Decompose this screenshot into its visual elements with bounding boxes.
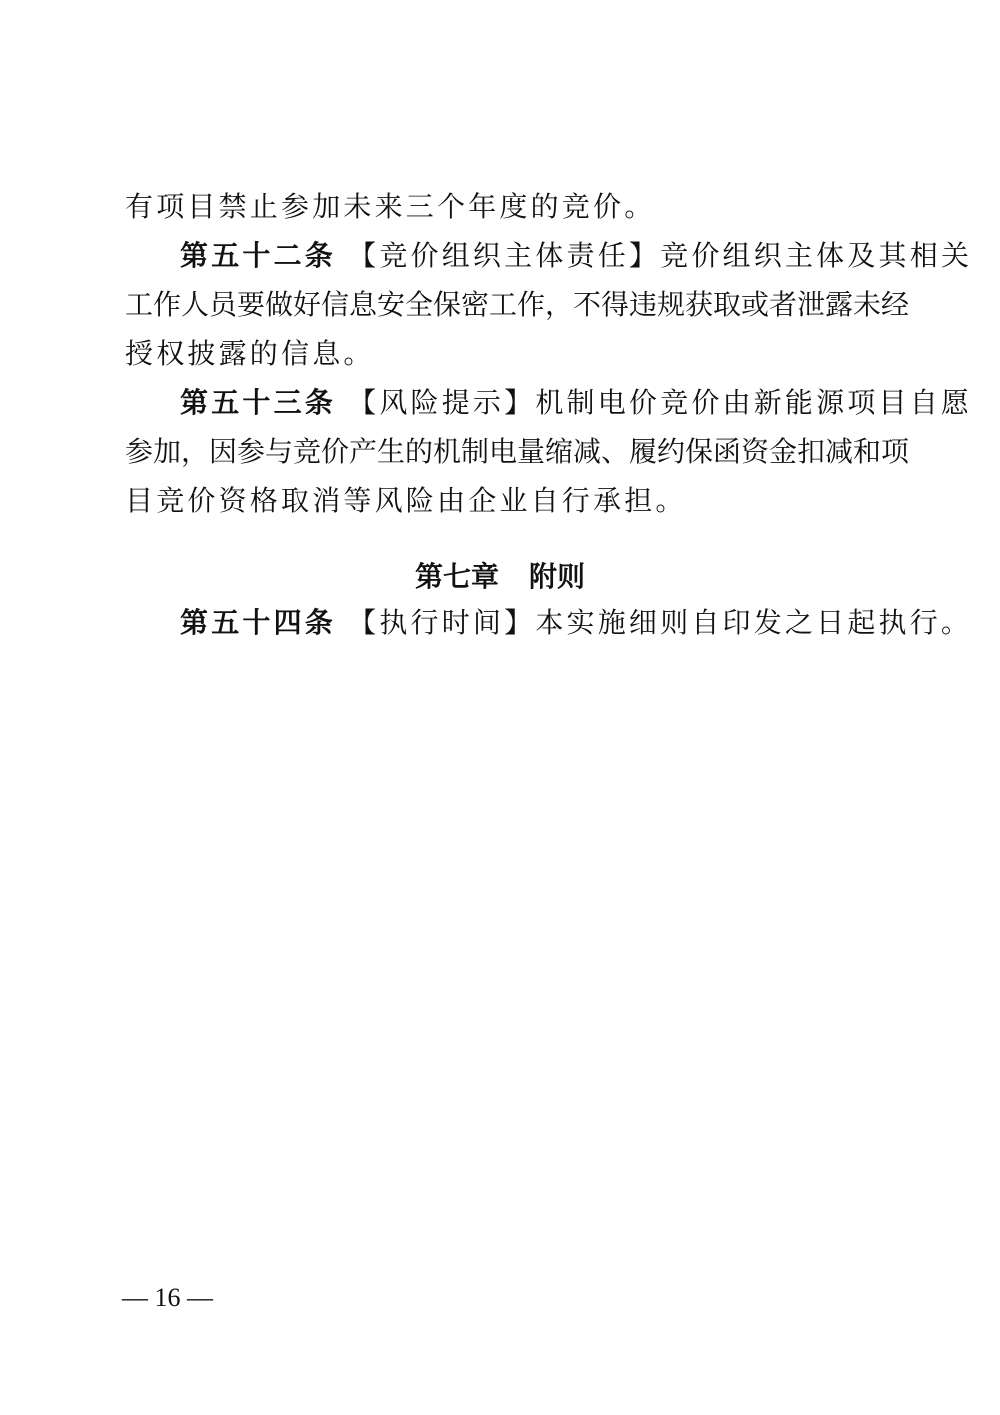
article-number: 第五十三条 xyxy=(180,386,336,419)
body-text: 机制电价竞价由新能源项目自愿 xyxy=(535,386,972,419)
document-page: 有项目禁止参加未来三个年度的竞价。 第五十二条 【竞价组织主体责任】竞价组织主体… xyxy=(0,0,1000,1415)
article-54-line: 第五十四条 【执行时间】本实施细则自印发之日起执行。 xyxy=(180,607,867,639)
chapter-number: 第七章 xyxy=(415,560,499,593)
paragraph-line: 授权披露的信息。 xyxy=(125,338,867,370)
article-number: 第五十二条 xyxy=(180,239,336,272)
article-tag: 【竞价组织主体责任】 xyxy=(348,239,660,272)
paragraph-line: 目竞价资格取消等风险由企业自行承担。 xyxy=(125,485,867,517)
paragraph-line: 有项目禁止参加未来三个年度的竞价。 xyxy=(125,191,867,223)
body-text: 目竞价资格取消等风险由企业自行承担。 xyxy=(125,484,687,517)
body-text: 有项目禁止参加未来三个年度的竞价。 xyxy=(125,190,655,223)
body-text: 参加，因参与竞价产生的机制电量缩减、履约保函资金扣减和项 xyxy=(125,435,909,468)
chapter-title: 附则 xyxy=(529,560,585,593)
paragraph-line: 工作人员要做好信息安全保密工作，不得违规获取或者泄露未经 xyxy=(125,289,867,321)
article-53-line: 第五十三条 【风险提示】机制电价竞价由新能源项目自愿 xyxy=(180,387,867,419)
article-tag: 【风险提示】 xyxy=(348,386,535,419)
body-text: 授权披露的信息。 xyxy=(125,337,375,370)
body-text: 本实施细则自印发之日起执行。 xyxy=(535,606,972,639)
chapter-heading: 第七章附则 xyxy=(0,561,1000,593)
article-52-line: 第五十二条 【竞价组织主体责任】竞价组织主体及其相关 xyxy=(180,240,867,272)
body-text: 竞价组织主体及其相关 xyxy=(660,239,972,272)
article-number: 第五十四条 xyxy=(180,606,336,639)
paragraph-line: 参加，因参与竞价产生的机制电量缩减、履约保函资金扣减和项 xyxy=(125,436,867,468)
article-tag: 【执行时间】 xyxy=(348,606,535,639)
page-number: — 16 — xyxy=(122,1283,213,1313)
body-text: 工作人员要做好信息安全保密工作，不得违规获取或者泄露未经 xyxy=(125,288,909,321)
